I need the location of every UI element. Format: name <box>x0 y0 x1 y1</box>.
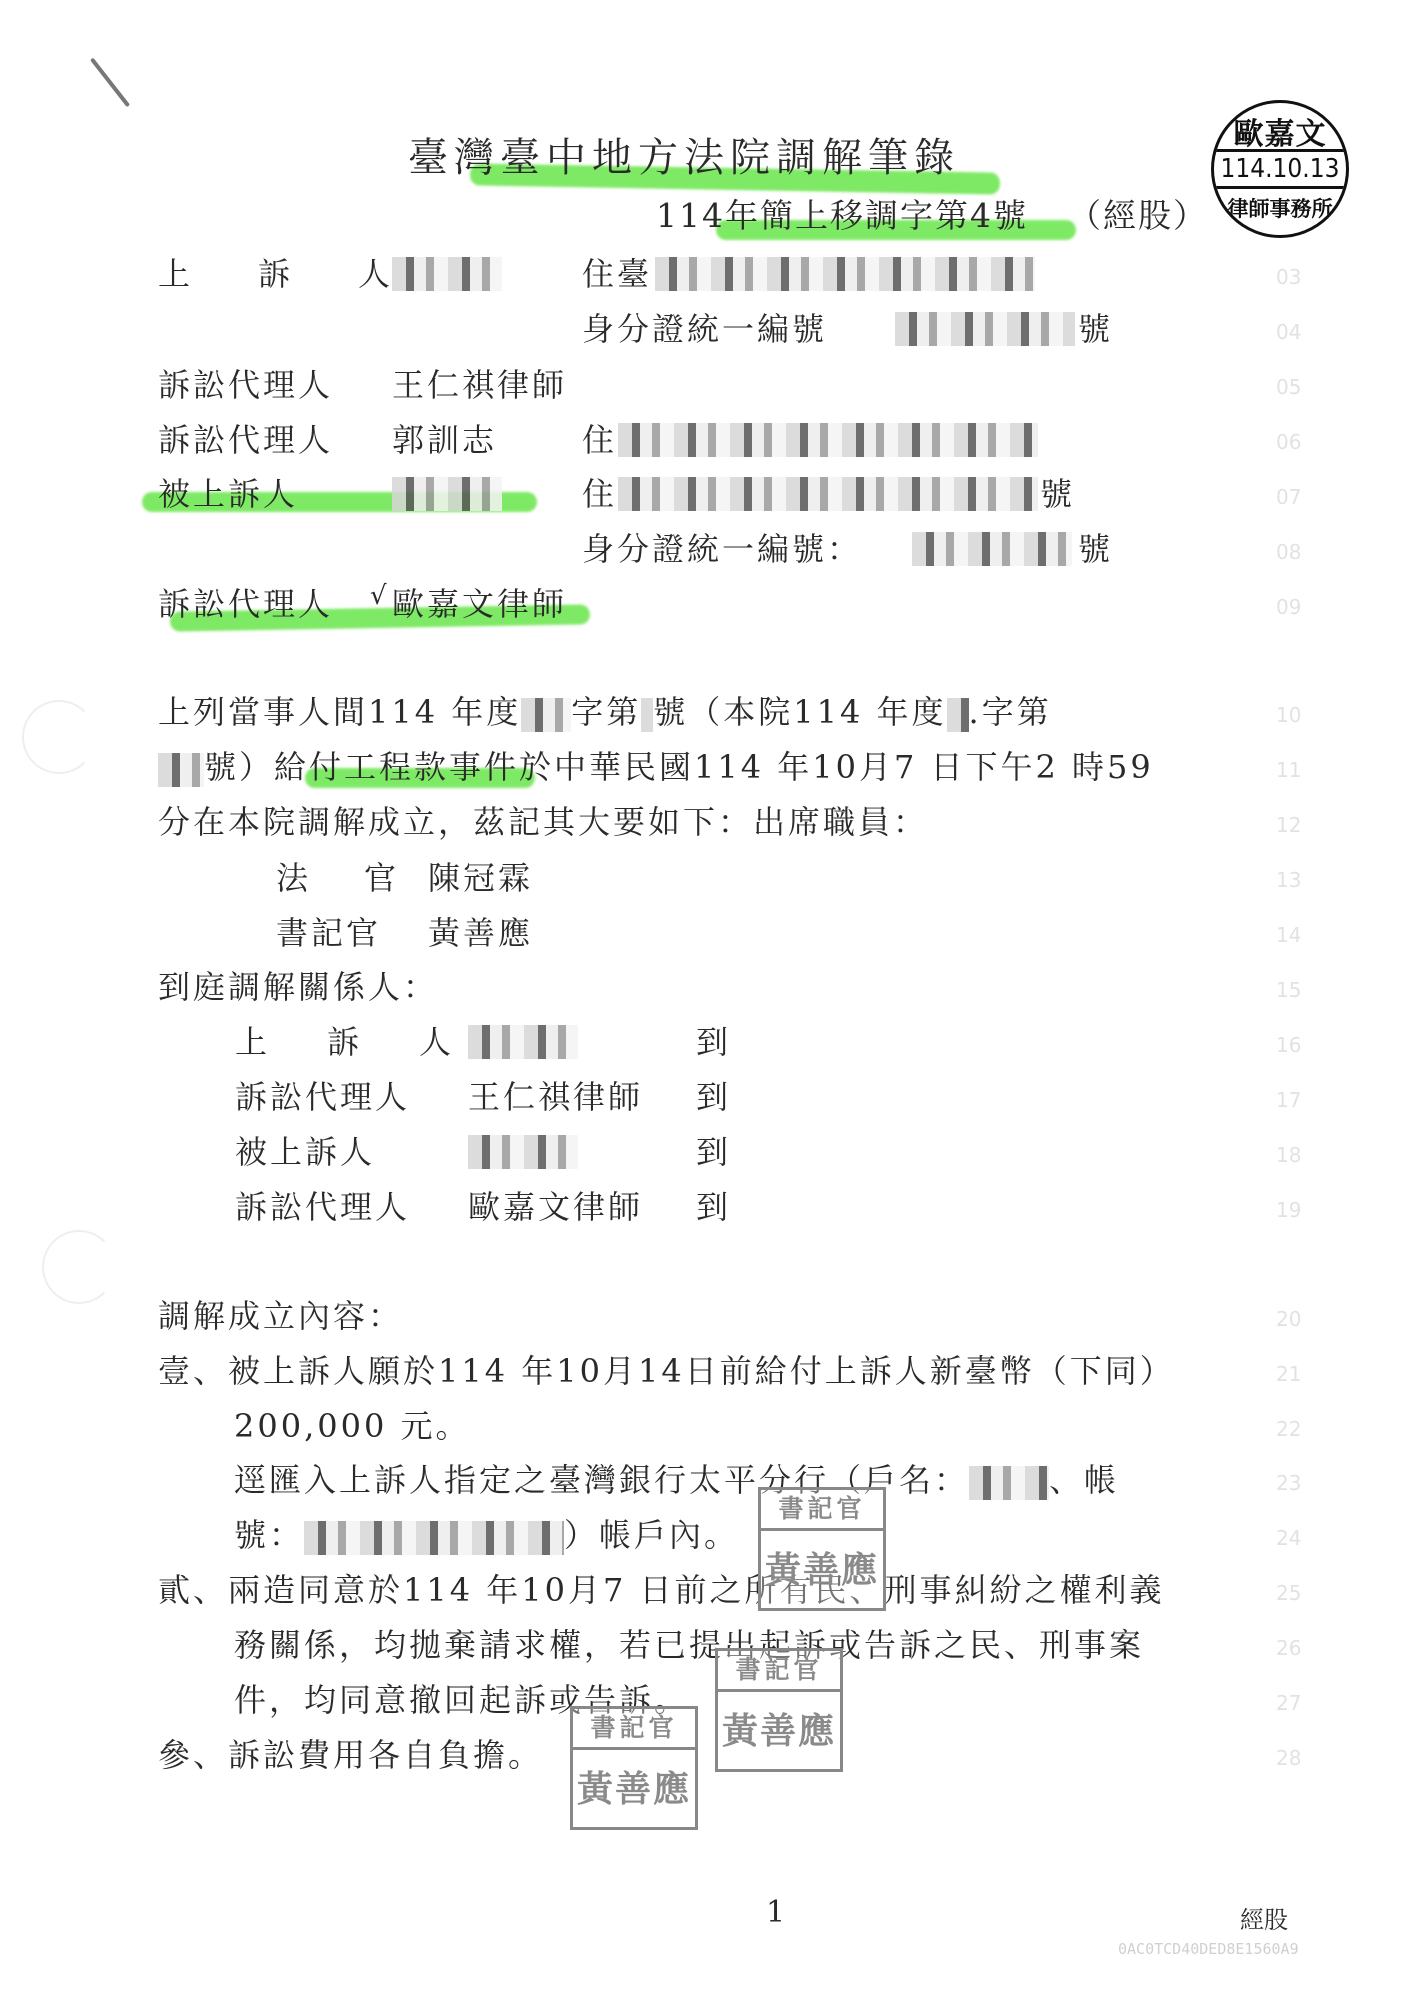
redacted-name <box>392 257 502 291</box>
attendee-role: 訴訟代理人 <box>235 1077 410 1117</box>
line-number: 13 <box>1276 868 1301 892</box>
line-number: 07 <box>1276 485 1301 509</box>
redacted-name <box>468 1135 578 1169</box>
division-label: （經股） <box>1068 196 1208 236</box>
party-name: 王仁祺律師 <box>392 365 567 405</box>
id-suffix: 號 <box>1078 309 1113 349</box>
party-name: 郭訓志 <box>392 420 497 460</box>
check-mark: √ <box>370 576 390 616</box>
address-suffix: 號 <box>1040 474 1075 514</box>
redacted-name <box>392 477 502 511</box>
footer-division: 經股 <box>1240 1900 1288 1935</box>
line-number: 08 <box>1276 540 1301 564</box>
attendee-role: 被上訴人 <box>235 1132 375 1172</box>
redacted-address <box>655 257 1035 291</box>
party-role: 訴訟代理人 <box>158 365 333 405</box>
party-role: 上 訴 人 <box>158 254 408 294</box>
line-number: 15 <box>1276 978 1301 1002</box>
document-title: 臺灣臺中地方法院調解筆錄 <box>408 134 960 182</box>
address-label: 住臺 <box>582 254 652 294</box>
intro-line-3: 分在本院調解成立，茲記其大要如下：出席職員： <box>158 802 928 842</box>
intro-line-2: 號）給付工程款事件於中華民國114 年10月7 日下午2 時59 <box>158 747 1154 787</box>
line-number: 03 <box>1276 265 1301 289</box>
redacted-address <box>618 477 1038 511</box>
clerk-seal: 書記官 黃善應 <box>715 1648 843 1772</box>
line-number: 05 <box>1276 375 1301 399</box>
line-number: 17 <box>1276 1088 1301 1112</box>
line-number: 18 <box>1276 1143 1301 1167</box>
punch-hole-mark <box>22 700 96 774</box>
party-role: 訴訟代理人 <box>158 420 333 460</box>
id-label: 身分證統一編號 <box>582 309 827 349</box>
line-number: 06 <box>1276 430 1301 454</box>
address-label: 住 <box>582 420 617 460</box>
attendee-status: 到 <box>696 1132 731 1172</box>
staple-mark <box>90 58 130 108</box>
account-line: 號：）帳戶內。 <box>234 1515 739 1555</box>
redacted-address <box>618 423 1038 457</box>
line-number: 20 <box>1276 1307 1301 1331</box>
settlement-heading: 調解成立內容： <box>158 1296 403 1336</box>
attendee-role: 訴訟代理人 <box>235 1187 410 1227</box>
staff-name: 黃善應 <box>428 913 533 953</box>
line-number: 14 <box>1276 923 1301 947</box>
attendee-name: 歐嘉文律師 <box>468 1187 643 1227</box>
party-name: 歐嘉文律師 <box>392 584 567 624</box>
party-role: 被上訴人 <box>158 474 298 514</box>
line-number: 24 <box>1276 1526 1301 1550</box>
stamp-name: 歐嘉文 <box>1214 109 1346 153</box>
intro-line-1: 上列當事人間114 年度字第號（本院114 年度.字第 <box>158 692 1052 732</box>
line-number: 19 <box>1276 1198 1301 1222</box>
line-number: 22 <box>1276 1417 1301 1441</box>
page-number: 1 <box>766 1895 785 1930</box>
stamp-office: 律師事務所 <box>1214 193 1346 223</box>
bank-transfer-line: 逕匯入上訴人指定之臺灣銀行太平分行（戶名：、帳 <box>234 1460 1119 1500</box>
line-number: 12 <box>1276 813 1301 837</box>
staff-name: 陳冠霖 <box>428 858 533 898</box>
line-number: 23 <box>1276 1471 1301 1495</box>
id-suffix: 號 <box>1078 529 1113 569</box>
line-number: 26 <box>1276 1636 1301 1660</box>
settlement-amount: 200,000 元。 <box>234 1406 471 1446</box>
settlement-item-2: 貳、兩造同意於114 年10月7 日前之所有民、刑事糾紛之權利義 <box>158 1570 1165 1610</box>
attendee-status: 到 <box>696 1077 731 1117</box>
line-number: 28 <box>1276 1746 1301 1770</box>
staff-title: 書記官 <box>276 913 381 953</box>
document-hash: 0AC0TCD40DED8E1560A9 <box>1118 1940 1299 1958</box>
settlement-item-2-cont: 務關係，均拋棄請求權，若已提出起訴或告訴之民、刑事案 <box>234 1625 1144 1665</box>
punch-hole-mark <box>42 1230 116 1304</box>
attendee-status: 到 <box>696 1022 731 1062</box>
settlement-item-3: 參、訴訟費用各自負擔。 <box>158 1735 543 1775</box>
line-number: 21 <box>1276 1362 1301 1386</box>
attendee-name: 王仁祺律師 <box>468 1077 643 1117</box>
attendee-role: 上 訴 人 <box>235 1022 465 1062</box>
settlement-item-1: 壹、被上訴人願於114 年10月14日前給付上訴人新臺幣（下同） <box>158 1351 1175 1391</box>
attendance-heading: 到庭調解關係人： <box>158 967 438 1007</box>
line-number: 11 <box>1276 758 1301 782</box>
line-number: 27 <box>1276 1691 1301 1715</box>
id-label: 身分證統一編號： <box>582 529 862 569</box>
redacted-id <box>912 532 1072 566</box>
attendee-status: 到 <box>696 1187 731 1227</box>
clerk-seal: 書記官 黃善應 <box>758 1487 886 1611</box>
clerk-seal: 書記官 黃善應 <box>570 1706 698 1830</box>
redacted-id <box>895 312 1075 346</box>
line-number: 09 <box>1276 595 1301 619</box>
address-label: 住 <box>582 474 617 514</box>
case-number: 114年簡上移調字第4號 <box>656 196 1028 236</box>
line-number: 16 <box>1276 1033 1301 1057</box>
line-number: 10 <box>1276 703 1301 727</box>
line-number: 25 <box>1276 1581 1301 1605</box>
stamp-date: 114.10.13 <box>1214 149 1346 189</box>
staff-title: 法 官 <box>276 858 408 898</box>
party-role: 訴訟代理人 <box>158 584 333 624</box>
line-number: 04 <box>1276 320 1301 344</box>
lawyer-date-stamp: 歐嘉文 114.10.13 律師事務所 <box>1211 100 1349 238</box>
redacted-name <box>468 1025 578 1059</box>
